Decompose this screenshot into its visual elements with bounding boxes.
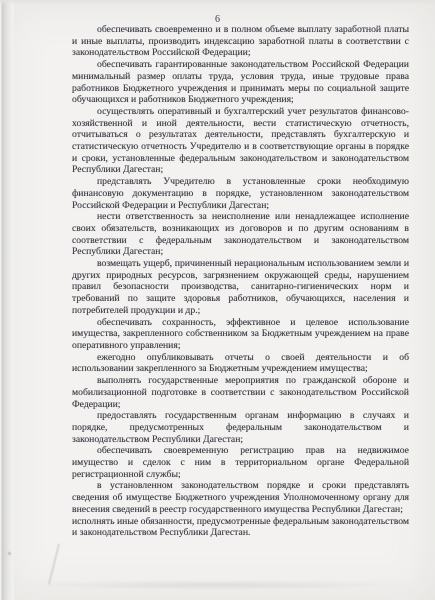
paragraph: возмещать ущерб, причиненный нерациональ…	[72, 258, 409, 317]
scanned-document-page: 6 обеспечивать своевременно и в полном о…	[0, 0, 435, 600]
paragraph: обеспечивать сохранность, эффективное и …	[72, 317, 409, 352]
paragraph: представлять Учредителю в установленные …	[72, 176, 409, 211]
paragraph: обеспечивать своевременно и в полном объ…	[72, 24, 409, 59]
paragraph: осуществлять оперативный и бухгалтерский…	[72, 106, 409, 176]
paragraph: обеспечивать своевременную регистрацию п…	[72, 445, 409, 480]
scan-speck	[8, 552, 11, 555]
scan-crease-mark	[48, 543, 60, 584]
document-text-block: обеспечивать своевременно и в полном объ…	[72, 24, 409, 539]
scan-top-edge-shadow	[0, 0, 435, 5]
paragraph: в установленном законодательством порядк…	[72, 480, 409, 515]
paragraph: предоставлять государственным органам ин…	[72, 410, 409, 445]
paragraph: выполнять государственные мероприятия по…	[72, 375, 409, 410]
paragraph: исполнять иные обязанности, предусмотрен…	[72, 516, 409, 539]
paragraph: обеспечивать гарантированные законодател…	[72, 59, 409, 106]
scan-bottom-shadow	[14, 580, 414, 590]
paragraph: ежегодно опубликовывать отчеты о своей д…	[72, 352, 409, 375]
scan-left-edge-shadow	[0, 0, 14, 600]
paragraph: нести ответственность за неисполнение ил…	[72, 211, 409, 258]
